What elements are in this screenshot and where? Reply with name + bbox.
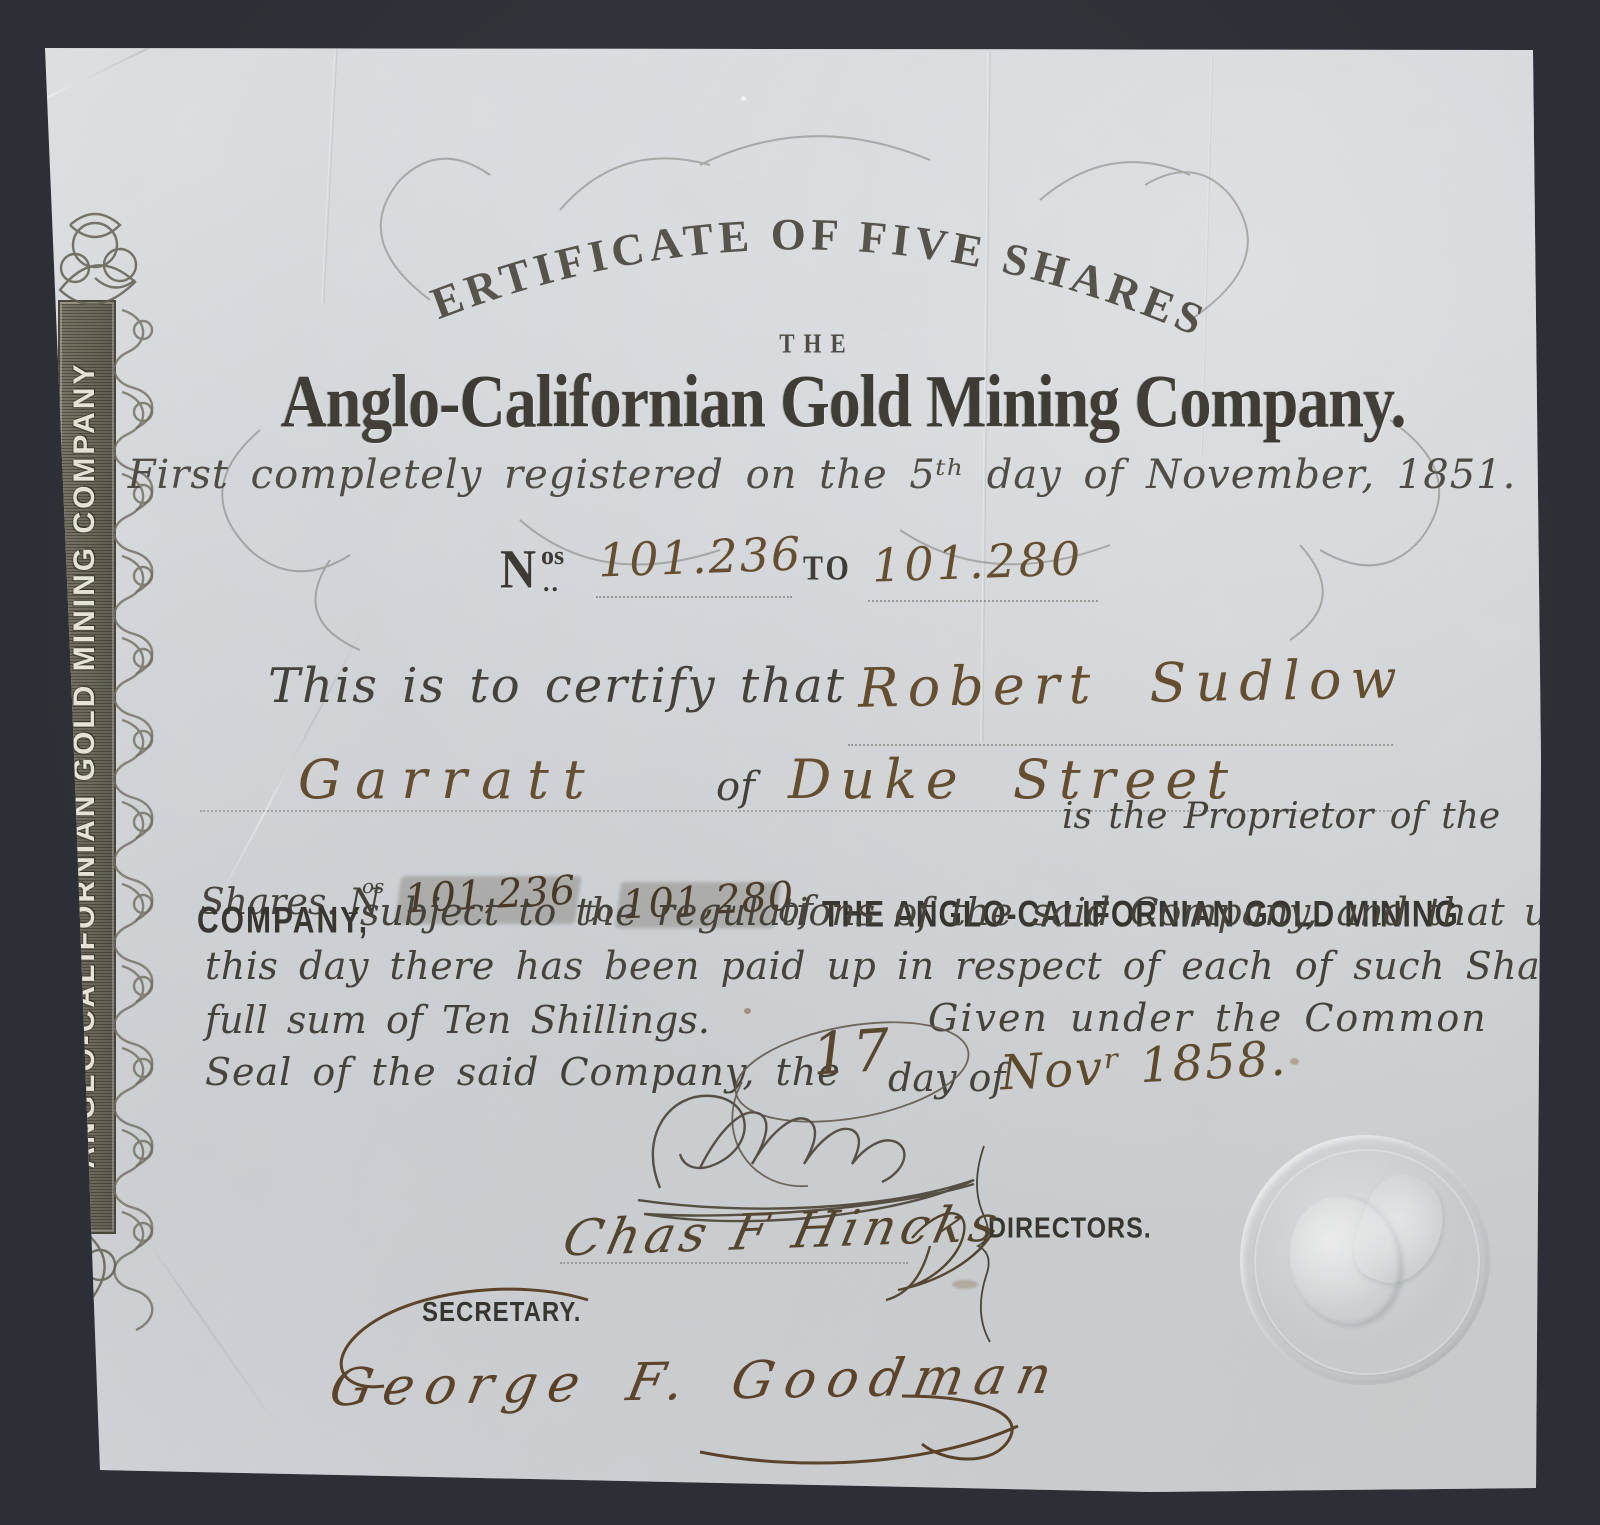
registration-line: First completely registered on the 5ᵗʰ d… <box>128 452 1517 498</box>
dotted-underline <box>596 596 792 598</box>
paper-flake <box>0 11 16 26</box>
month-year-handwritten: Novʳ 1858. <box>999 1031 1289 1102</box>
share-number-from-handwritten: 101.236 <box>597 526 803 587</box>
holder-name-first-handwritten: Robert Sudlow <box>857 647 1406 720</box>
paper-crease <box>40 0 248 102</box>
side-border-ornaments <box>0 0 260 1400</box>
day-handwritten: 17 <box>810 1015 896 1089</box>
photograph-background: ANGLO-CALIFORNIAN GOLD MINING COMPANY <box>0 0 1600 1525</box>
ornament-tail-bottom <box>46 1232 115 1332</box>
of-printed: of <box>716 764 755 810</box>
given-under-line: Given under the Common <box>928 996 1488 1040</box>
certificate-paper: ANGLO-CALIFORNIAN GOLD MINING COMPANY <box>0 0 1600 1525</box>
ink-speck <box>1290 1058 1299 1065</box>
paper-crease <box>94 1165 285 1436</box>
nos-label-superscript: os <box>541 541 564 571</box>
ink-smudge <box>952 1280 978 1289</box>
dotted-underline <box>848 744 1393 746</box>
secretary-label: SECRETARY. <box>422 1297 581 1329</box>
arc-title-text: CERTIFICATE OF FIVE SHARES. <box>0 0 1215 347</box>
side-border-band-text: ANGLO-CALIFORNIAN GOLD MINING COMPANY <box>58 300 112 1230</box>
nos-label-dots: .. <box>543 568 560 598</box>
word-the: THE <box>752 328 882 359</box>
share-number-to-handwritten: 101.280 <box>871 531 1084 592</box>
nos-label: N <box>500 537 536 601</box>
directors-label: DIRECTORS. <box>988 1212 1152 1245</box>
director-signature-2: Chas F Hincks <box>558 1194 1007 1267</box>
secretary-signature: George F. Goodman <box>325 1346 1068 1419</box>
ink-speck <box>744 1008 751 1014</box>
dust-fleck <box>741 96 746 101</box>
knotwork-ornament-top <box>60 214 136 304</box>
dotted-underline <box>868 600 1098 602</box>
company-name-title: Anglo-Californian Gold Mining Company. <box>281 358 1406 445</box>
paper-crease <box>321 45 337 303</box>
fullsum-line: full sum of Ten Shillings. <box>205 998 710 1042</box>
proprietor-printed-line: is the Proprietor of the <box>1062 796 1500 837</box>
paidup-line: this day there has been paid up in respe… <box>205 944 1600 988</box>
embossed-company-seal <box>1240 1135 1490 1385</box>
regulations-line: subject to the regulations of the said C… <box>360 890 1600 934</box>
company-caps-line-2: COMPANY, <box>197 900 369 943</box>
paper-nick <box>0 0 22 17</box>
day-of-printed: day of <box>888 1056 1005 1100</box>
arc-title: CERTIFICATE OF FIVE SHARES. <box>0 0 1215 347</box>
holder-name-second-handwritten: Garratt <box>298 748 599 811</box>
to-label: TO <box>803 549 852 588</box>
certify-printed-line: This is to certify that <box>268 658 846 714</box>
seal-of-company-line: Seal of the said Company, the <box>205 1050 841 1094</box>
